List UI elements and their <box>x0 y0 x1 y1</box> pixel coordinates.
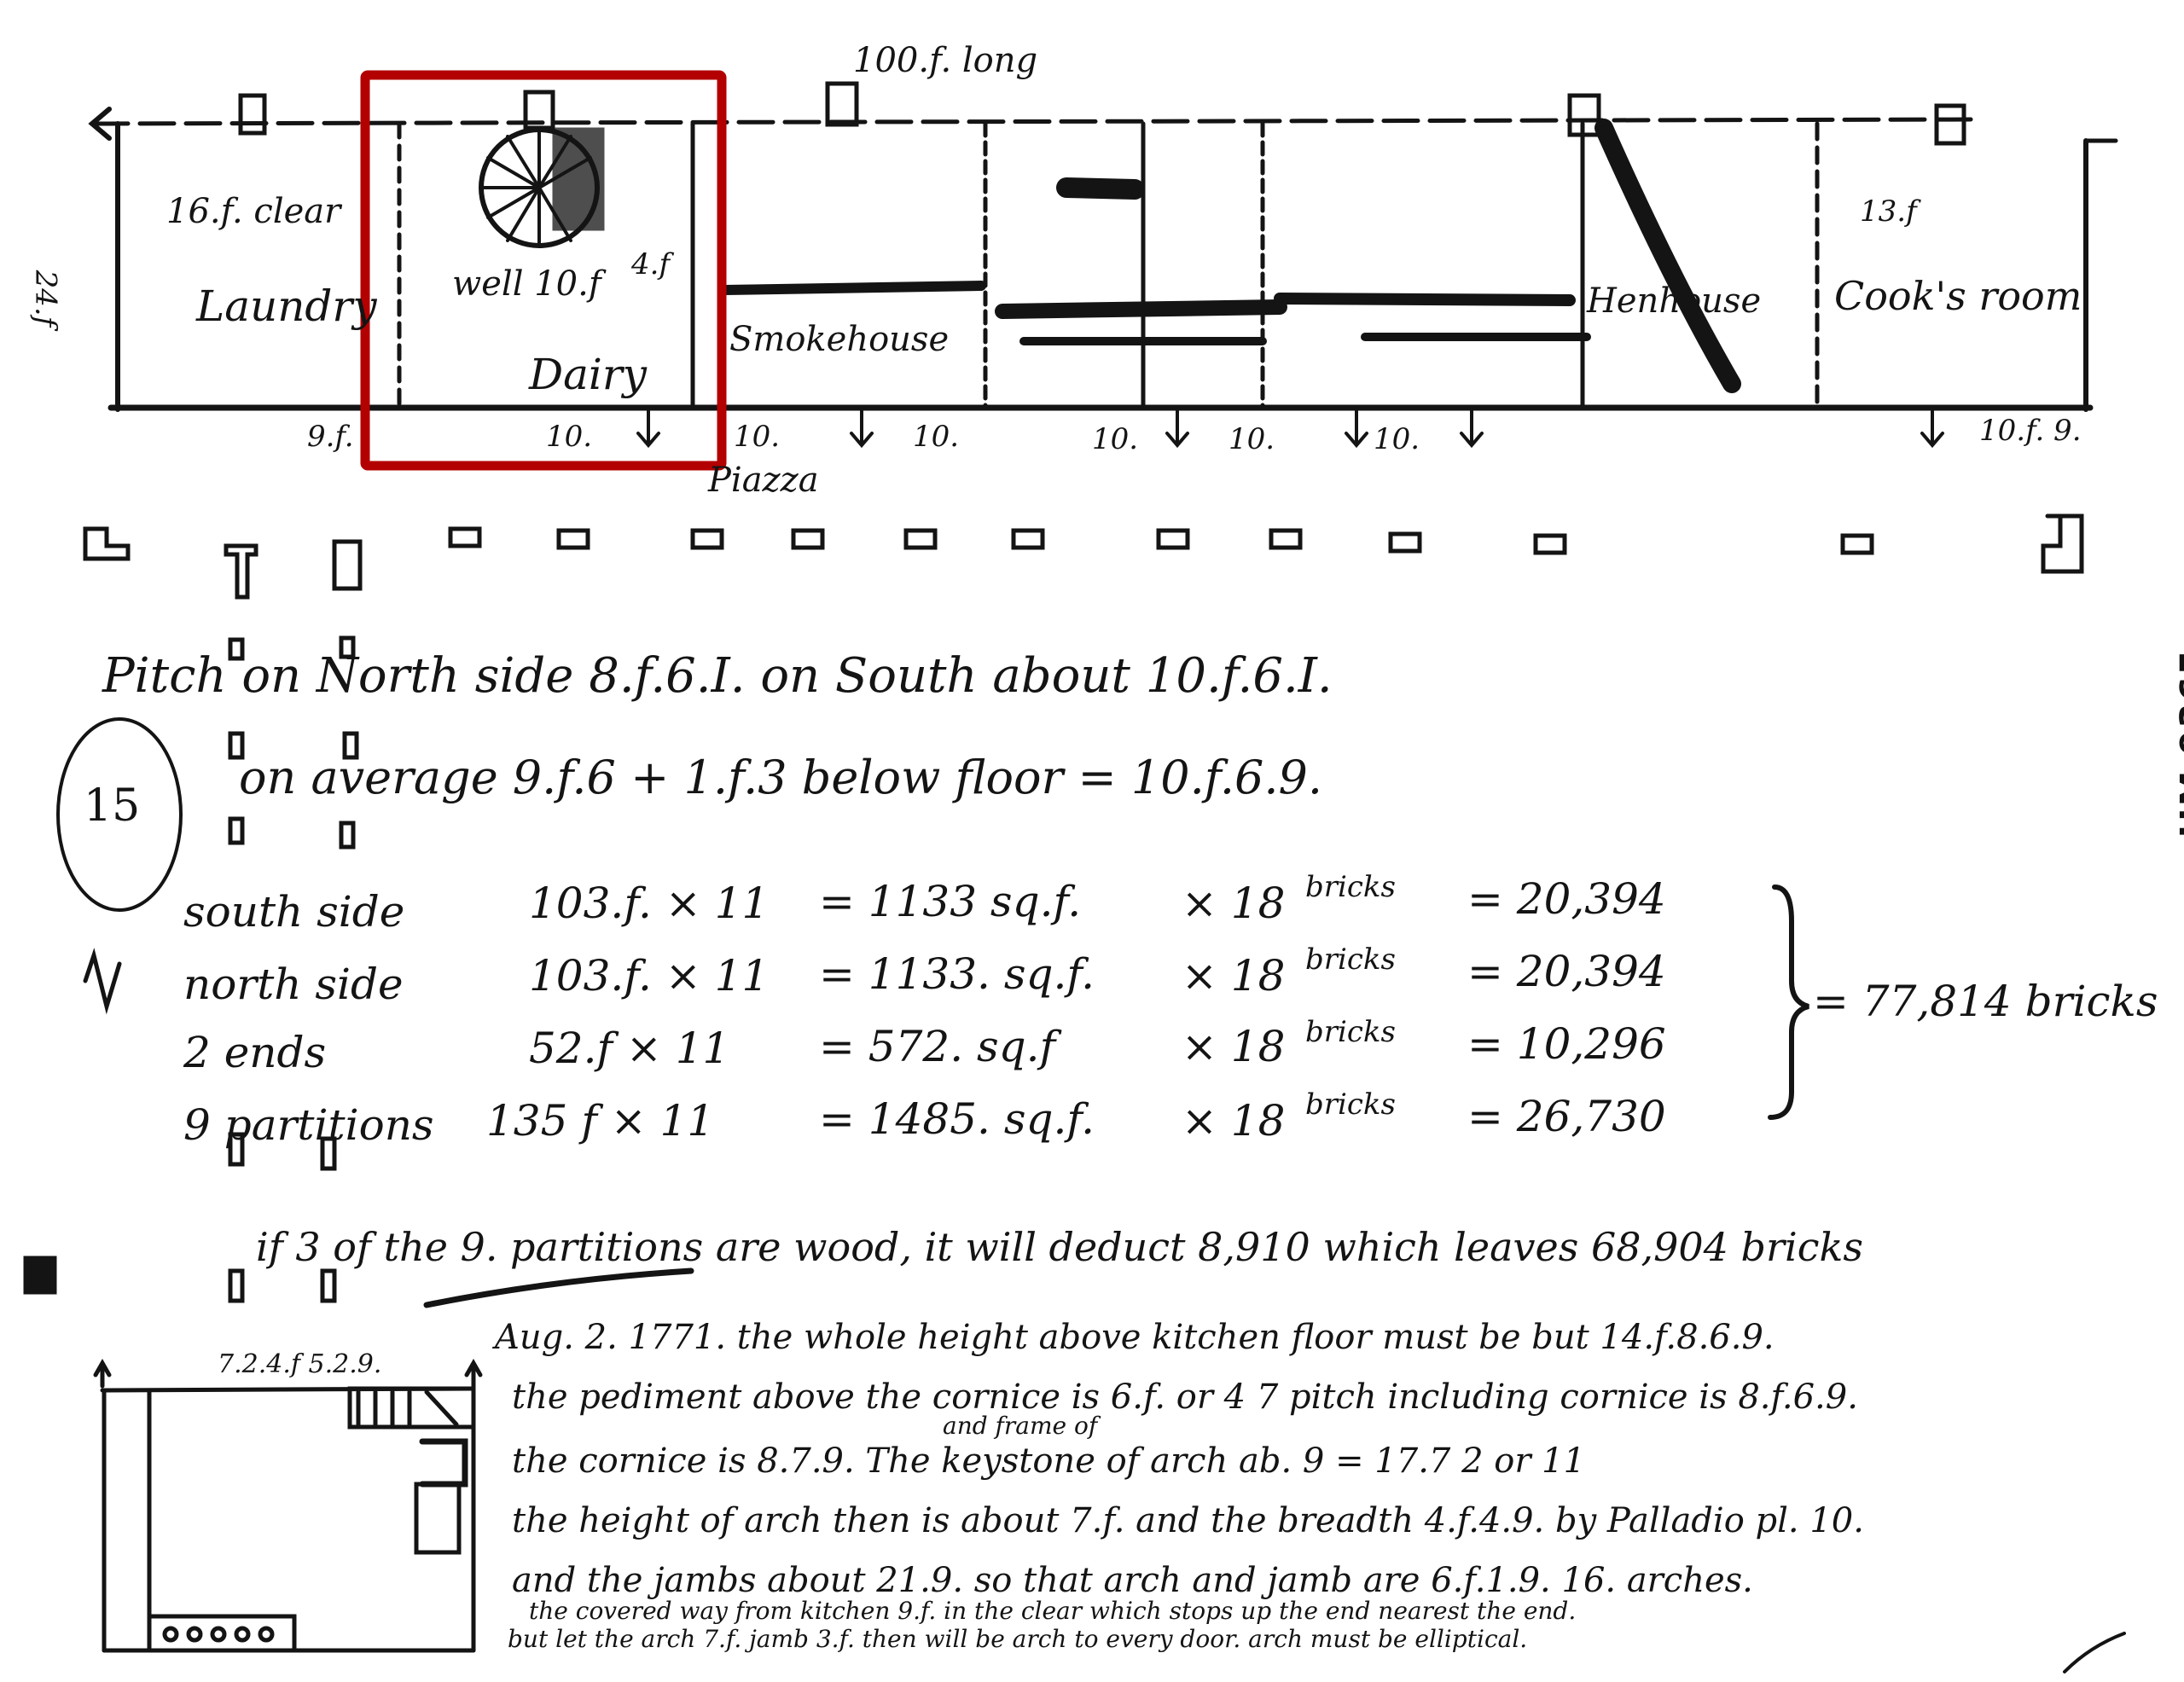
bay-dim-8: 10.f. 9. <box>1979 414 2082 448</box>
row-label: 2 ends <box>183 1028 326 1077</box>
row-result: = 20,394 <box>1467 874 1666 924</box>
row-result: = 26,730 <box>1467 1092 1666 1141</box>
row-unit: bricks <box>1305 870 1396 904</box>
stair-note: 4.f <box>631 247 670 281</box>
pitch-line-1: Pitch on North side 8.f.6.I. on South ab… <box>102 648 1333 704</box>
room-smokehouse: Smokehouse <box>729 320 949 359</box>
bay-dim-2: 10. <box>546 420 592 454</box>
row-unit: bricks <box>1305 1087 1396 1122</box>
brick-total: = 77,814 bricks <box>1813 977 2158 1026</box>
row-mult: × 18 <box>1182 1096 1285 1145</box>
cooks-room-width: 13.f <box>1860 194 1917 229</box>
sketch-dimensions: 7.2.4.f 5.2.9. <box>218 1349 381 1379</box>
room-dairy: Dairy <box>529 350 647 399</box>
row-area: = 572. sq.f <box>819 1022 1055 1071</box>
row-result: = 20,394 <box>1467 947 1666 996</box>
archive-id: HM 9365 <box>2172 648 2184 838</box>
row-dims: 103.f. × 11 <box>529 879 769 928</box>
row-label: south side <box>183 887 404 937</box>
row-mult: × 18 <box>1182 951 1285 1000</box>
small-note-2: but let the arch 7.f. jamb 3.f. then wil… <box>508 1625 1527 1653</box>
row-area: = 1485. sq.f. <box>819 1094 1095 1144</box>
row-unit: bricks <box>1305 1015 1396 1049</box>
note-line-5: and the jambs about 21.9. so that arch a… <box>512 1561 1753 1600</box>
room-well: well 10.f <box>452 264 601 304</box>
row-area: = 1133. sq.f. <box>819 949 1095 999</box>
bay-dim-3: 10. <box>734 420 780 454</box>
left-height-label: 24.f <box>28 270 62 328</box>
piazza-label: Piazza <box>708 461 819 500</box>
room-cooks-room: Cook's room <box>1834 273 2082 319</box>
room-laundry-dim: 16.f. clear <box>166 192 340 231</box>
circled-number: 15 <box>84 780 140 832</box>
row-dims: 103.f. × 11 <box>529 951 769 1000</box>
bay-dim-6: 10. <box>1228 422 1275 456</box>
bay-dim-7: 10. <box>1374 422 1420 456</box>
row-mult: × 18 <box>1182 879 1285 928</box>
small-note-1: the covered way from kitchen 9.f. in the… <box>529 1597 1576 1625</box>
row-dims: 135 f × 11 <box>486 1096 714 1145</box>
pitch-line-2: on average 9.f.6 + 1.f.3 below floor = 1… <box>239 751 1322 804</box>
note-line-4: the height of arch then is about 7.f. an… <box>512 1501 1864 1540</box>
bay-dim-1: 9.f. <box>307 420 354 454</box>
row-area: = 1133 sq.f. <box>819 877 1081 926</box>
note-line-3: the cornice is 8.7.9. The keystone of ar… <box>512 1441 1585 1481</box>
note-insertion: and frame of <box>943 1412 1097 1440</box>
note-line-2: the pediment above the cornice is 6.f. o… <box>512 1377 1858 1417</box>
deduct-line: if 3 of the 9. partitions are wood, it w… <box>256 1224 1863 1270</box>
row-label: 9 partitions <box>183 1100 434 1150</box>
row-dims: 52.f × 11 <box>529 1024 729 1073</box>
room-laundry: Laundry <box>196 281 377 331</box>
row-label: north side <box>183 960 404 1009</box>
row-result: = 10,296 <box>1467 1019 1666 1069</box>
note-line-1: Aug. 2. 1771. the whole height above kit… <box>495 1318 1774 1357</box>
overall-length-label: 100.f. long <box>853 41 1037 80</box>
room-henhouse: Henhouse <box>1587 281 1761 321</box>
row-unit: bricks <box>1305 942 1396 977</box>
bay-dim-4: 10. <box>913 420 959 454</box>
bay-dim-5: 10. <box>1092 422 1138 456</box>
row-mult: × 18 <box>1182 1022 1285 1071</box>
